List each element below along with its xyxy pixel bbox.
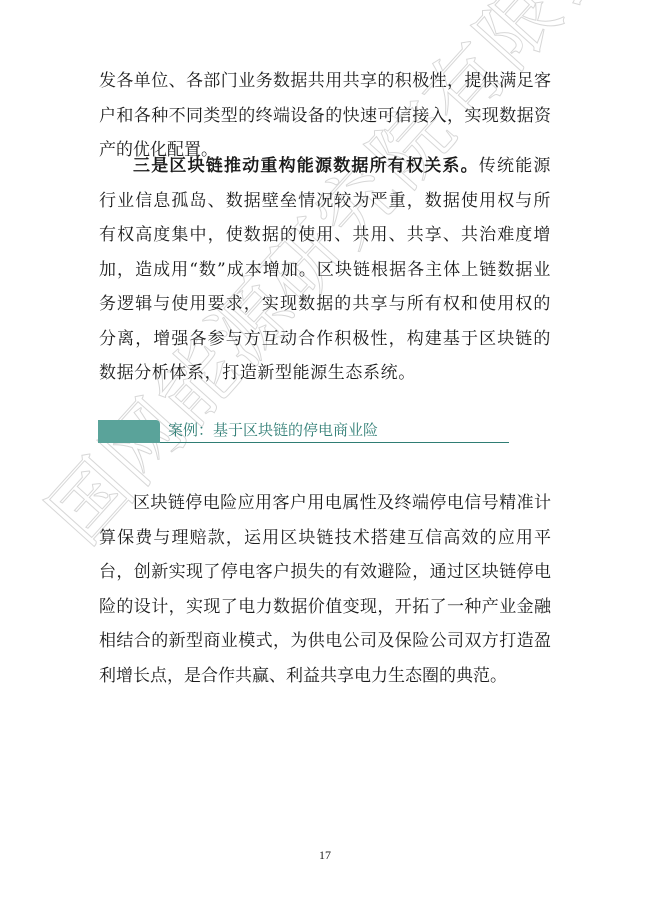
case-accent-block <box>98 420 160 443</box>
document-page: 国网能源研究院有限公司 发各单位、各部门业务数据共用共享的积极性，提供满足客户和… <box>0 0 650 919</box>
paragraph-body: 传统能源行业信息孤岛、数据壁垒情况较为严重，数据使用权与所有权高度集中，使数据的… <box>99 156 551 383</box>
paragraph-lead-heading: 三是区块链推动重构能源数据所有权关系。 <box>133 156 479 176</box>
paragraph-data-ownership: 三是区块链推动重构能源数据所有权关系。传统能源行业信息孤岛、数据壁垒情况较为严重… <box>99 149 551 391</box>
case-title: 案例：基于区块链的停电商业险 <box>168 419 378 441</box>
case-underline-divider <box>160 442 509 444</box>
paragraph-case-description: 区块链停电险应用客户用电属性及终端停电信号精准计算保费与理赔款，运用区块链技术搭… <box>99 486 551 693</box>
case-section-header: 案例：基于区块链的停电商业险 <box>98 419 509 443</box>
page-number: 17 <box>0 848 650 863</box>
